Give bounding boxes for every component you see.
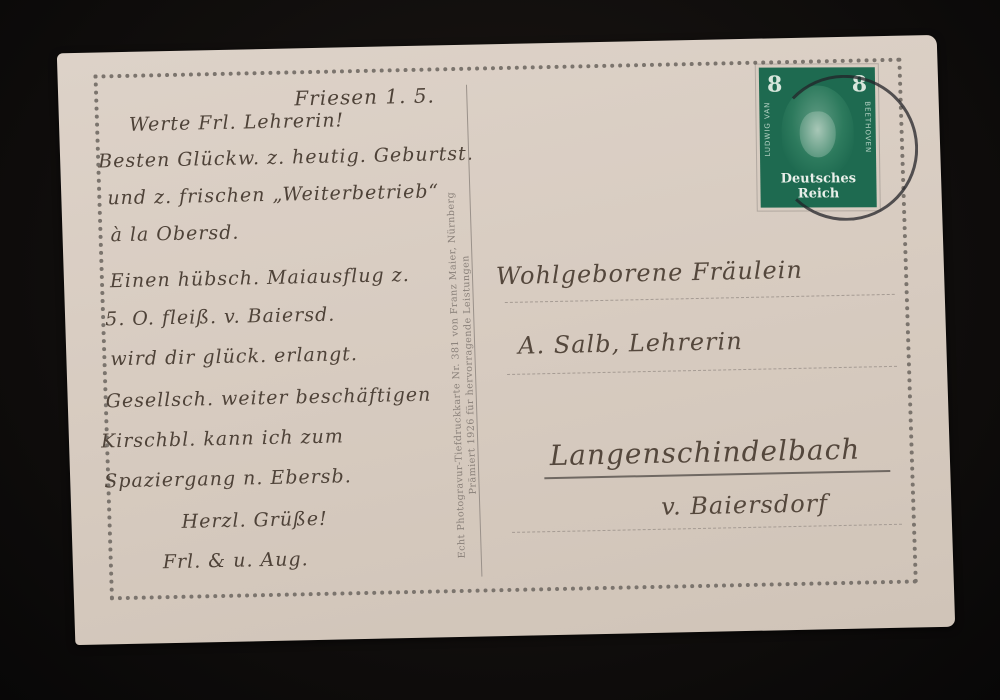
address-line-district: v. Baiersdorf (661, 489, 829, 520)
postcard: Friesen 1. 5. Werte Frl. Lehrerin! Beste… (57, 35, 955, 645)
address-line-name: A. Salb, Lehrerin (518, 327, 743, 360)
message-line: Herzl. Grüße! (181, 508, 328, 533)
address-line-town: Langenschindelbach (549, 433, 861, 472)
message-line: à la Obersd. (110, 222, 240, 247)
stamp-denomination-left: 8 (767, 72, 783, 98)
message-line: Werte Frl. Lehrerin! (129, 109, 345, 135)
stamp-side-text-left: LUDWIG VAN (763, 102, 772, 157)
place-date: Friesen 1. 5. (294, 83, 435, 110)
message-signature: Frl. & u. Aug. (162, 548, 309, 573)
